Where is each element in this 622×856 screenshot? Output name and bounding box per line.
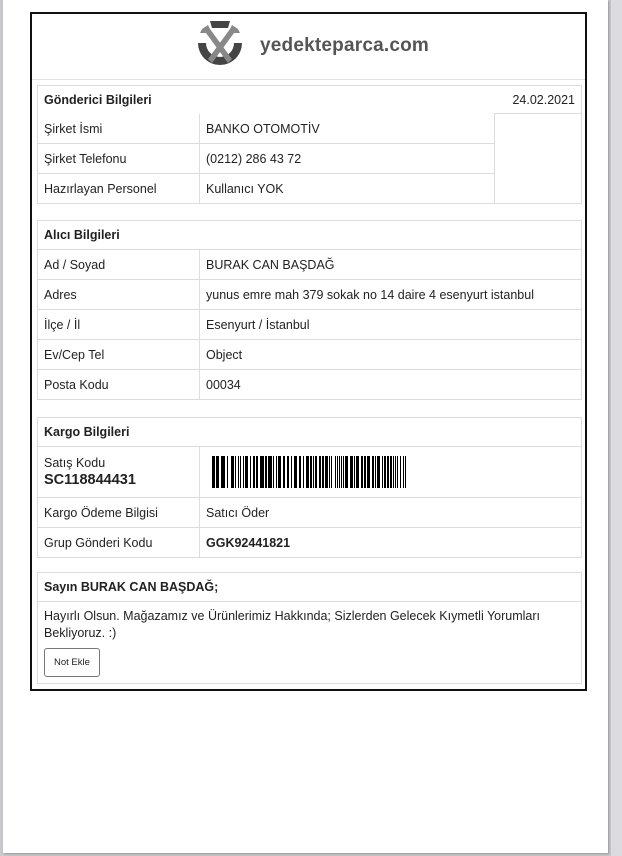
row-label: Posta Kodu <box>38 370 200 399</box>
recipient-section: Alıcı Bilgileri Ad / Soyad BURAK CAN BAŞ… <box>37 220 582 400</box>
logo-header: yedekteparca.com <box>32 14 585 80</box>
message-body-cell: Hayırlı Olsun. Mağazamız ve Ürünlerimiz … <box>38 602 581 683</box>
row-value: Object <box>200 340 581 369</box>
cargo-header: Kargo Bilgileri <box>38 418 581 446</box>
table-row: Satış Kodu SC118844431 <box>38 446 581 497</box>
row-label: Grup Gönderi Kodu <box>38 528 200 557</box>
table-row: Grup Gönderi Kodu GGK92441821 <box>38 527 581 557</box>
print-page: yedekteparca.com Gönderici Bilgileri 24.… <box>3 0 608 853</box>
sales-code-cell: Satış Kodu SC118844431 <box>38 447 200 497</box>
message-header: Sayın BURAK CAN BAŞDAĞ; <box>38 573 581 601</box>
row-value: Satıcı Öder <box>200 498 581 527</box>
row-label: Adres <box>38 280 200 309</box>
row-label: Hazırlayan Personel <box>38 174 200 203</box>
message-row: Hayırlı Olsun. Mağazamız ve Ürünlerimiz … <box>38 601 581 683</box>
row-value: GGK92441821 <box>200 528 581 557</box>
recipient-header: Alıcı Bilgileri <box>38 221 581 249</box>
section-title: Kargo Bilgileri <box>44 425 129 439</box>
row-value: Esenyurt / İstanbul <box>200 310 581 339</box>
barcode-cell <box>200 447 581 497</box>
section-title: Gönderici Bilgileri <box>44 93 152 107</box>
message-title: Sayın BURAK CAN BAŞDAĞ; <box>44 580 218 594</box>
row-value: 00034 <box>200 370 581 399</box>
logo-text: yedekteparca.com <box>260 35 429 57</box>
date-label: 24.02.2021 <box>512 93 575 107</box>
row-value: BANKO OTOMOTİV <box>200 114 495 143</box>
table-row: Şirket Telefonu (0212) 286 43 72 <box>38 143 495 173</box>
table-row: Hazırlayan Personel Kullanıcı YOK <box>38 173 495 203</box>
shipping-label: yedekteparca.com Gönderici Bilgileri 24.… <box>30 12 587 691</box>
table-row: Posta Kodu 00034 <box>38 369 581 399</box>
row-value: (0212) 286 43 72 <box>200 144 495 173</box>
row-value: BURAK CAN BAŞDAĞ <box>200 250 581 279</box>
message-section: Sayın BURAK CAN BAŞDAĞ; Hayırlı Olsun. M… <box>37 572 582 684</box>
row-label: Ad / Soyad <box>38 250 200 279</box>
row-label: Kargo Ödeme Bilgisi <box>38 498 200 527</box>
sales-code-label: Satış Kodu <box>44 456 105 470</box>
cargo-section: Kargo Bilgileri Satış Kodu SC118844431 K… <box>37 417 582 558</box>
viewer-background <box>611 0 622 856</box>
table-row: Ad / Soyad BURAK CAN BAŞDAĞ <box>38 249 581 279</box>
row-label: Şirket Telefonu <box>38 144 200 173</box>
section-title: Alıcı Bilgileri <box>44 228 120 242</box>
table-row: İlçe / İl Esenyurt / İstanbul <box>38 309 581 339</box>
sales-code-value: SC118844431 <box>44 472 136 488</box>
sender-section: Gönderici Bilgileri 24.02.2021 Şirket İs… <box>37 85 582 204</box>
row-value: Kullanıcı YOK <box>200 174 495 203</box>
row-label: Ev/Cep Tel <box>38 340 200 369</box>
sender-header: Gönderici Bilgileri 24.02.2021 <box>38 86 581 114</box>
table-row: Ev/Cep Tel Object <box>38 339 581 369</box>
barcode-icon <box>212 456 408 488</box>
row-label: İlçe / İl <box>38 310 200 339</box>
message-body: Hayırlı Olsun. Mağazamız ve Ürünlerimiz … <box>44 608 575 642</box>
empty-cell <box>494 113 581 203</box>
wrench-cross-logo-icon <box>192 17 248 75</box>
row-value: yunus emre mah 379 sokak no 14 daire 4 e… <box>200 280 581 309</box>
table-row: Adres yunus emre mah 379 sokak no 14 dai… <box>38 279 581 309</box>
row-label: Şirket İsmi <box>38 114 200 143</box>
table-row: Kargo Ödeme Bilgisi Satıcı Öder <box>38 497 581 527</box>
add-note-button[interactable]: Not Ekle <box>44 648 100 677</box>
table-row: Şirket İsmi BANKO OTOMOTİV <box>38 114 495 143</box>
